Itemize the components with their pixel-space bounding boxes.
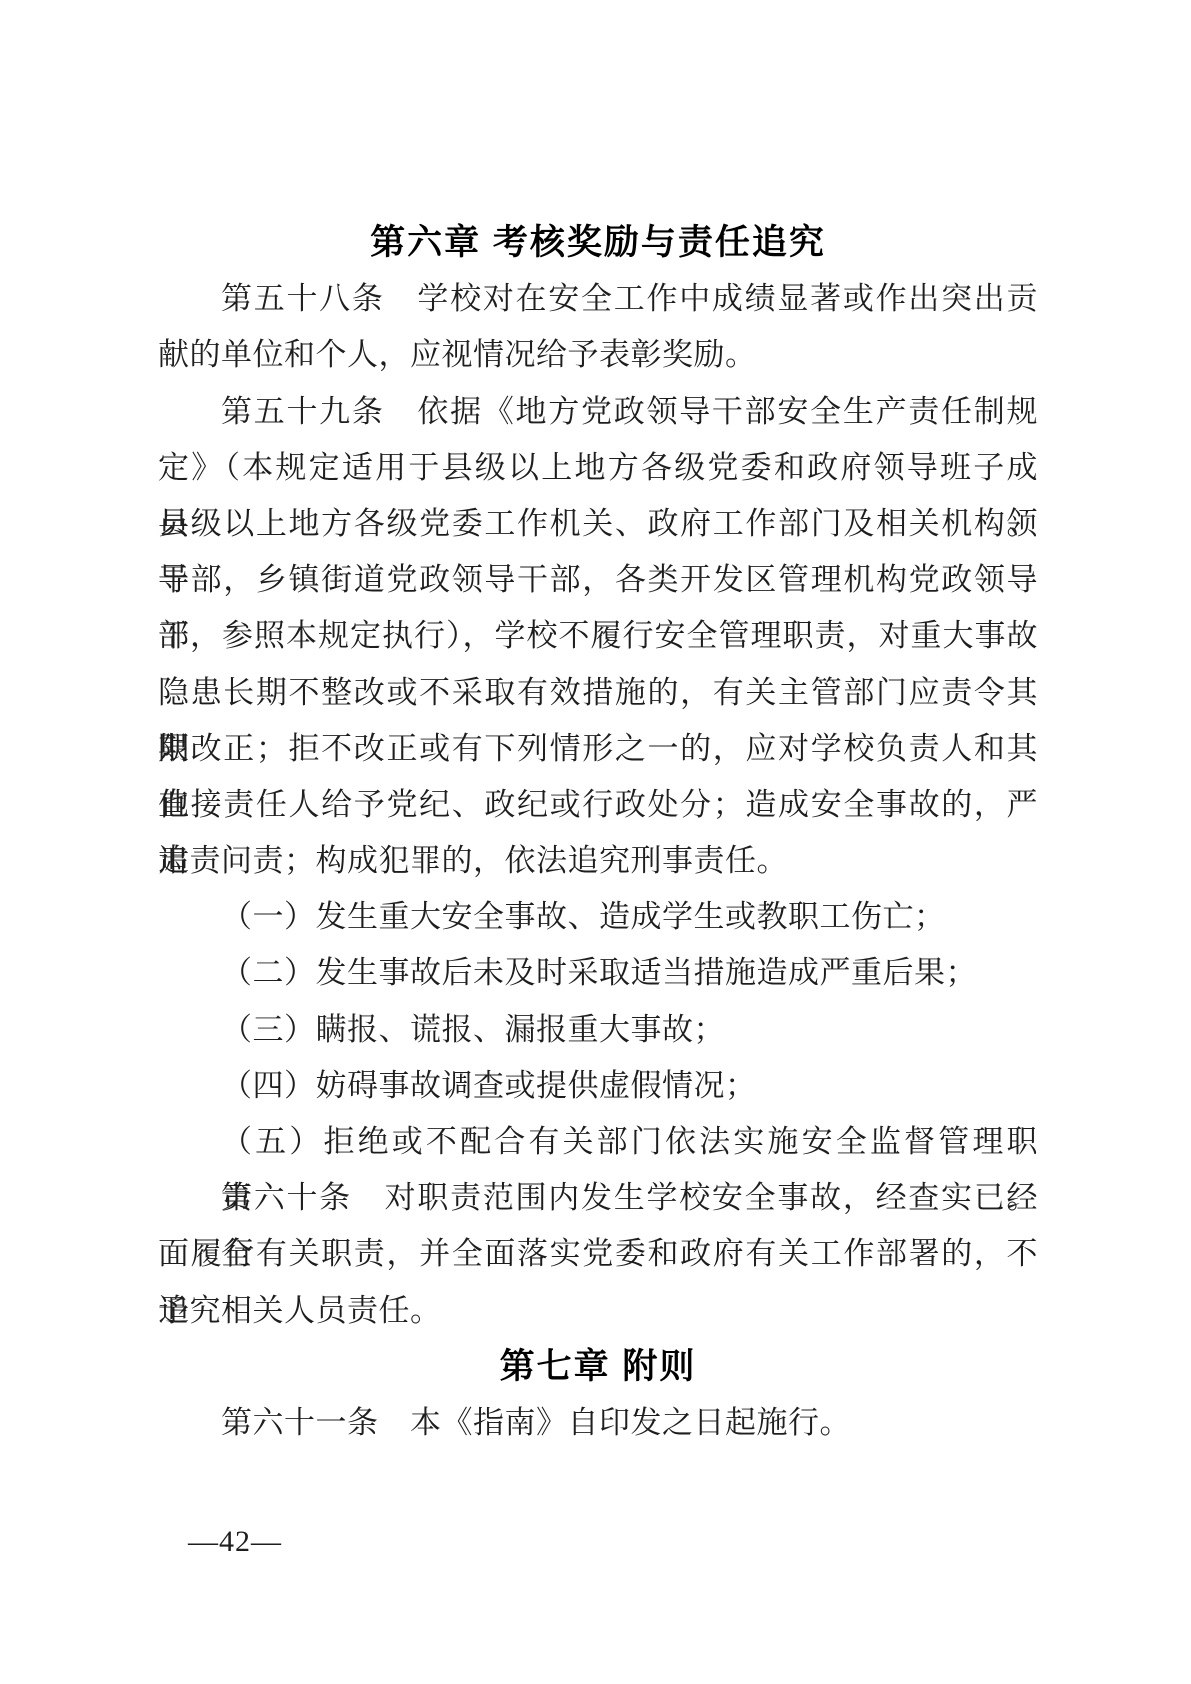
article-58-line-2: 献的单位和个人，应视情况给予表彰奖励。 xyxy=(158,327,1038,383)
article-59-line-3: 县级以上地方各级党委工作机关、政府工作部门及相关机构领导 xyxy=(158,496,1038,552)
article-60-line-1: 第六十条 对职责范围内发生学校安全事故，经查实已经全 xyxy=(158,1170,1038,1226)
article-60-line-3: 追究相关人员责任。 xyxy=(158,1283,1038,1339)
article-59-line-7: 期改正；拒不改正或有下列情形之一的，应对学校负责人和其他 xyxy=(158,721,1038,777)
article-59-item-4: （四）妨碍事故调查或提供虚假情况； xyxy=(158,1058,1038,1114)
chapter-7-heading: 第七章 附则 xyxy=(158,1339,1038,1395)
article-58-line-1: 第五十八条 学校对在安全工作中成绩显著或作出突出贡 xyxy=(158,271,1038,327)
document-body: 第六章 考核奖励与责任追究 第五十八条 学校对在安全工作中成绩显著或作出突出贡 … xyxy=(158,215,1038,1451)
article-59-line-6: 隐患长期不整改或不采取有效措施的，有关主管部门应责令其限 xyxy=(158,665,1038,721)
document-page: 第六章 考核奖励与责任追究 第五十八条 学校对在安全工作中成绩显著或作出突出贡 … xyxy=(0,0,1191,1684)
chapter-6-heading: 第六章 考核奖励与责任追究 xyxy=(158,215,1038,271)
article-59-item-2: （二）发生事故后未及时采取适当措施造成严重后果； xyxy=(158,945,1038,1001)
article-59-line-1: 第五十九条 依据《地方党政领导干部安全生产责任制规 xyxy=(158,384,1038,440)
article-59-line-5: 部，参照本规定执行），学校不履行安全管理职责，对重大事故 xyxy=(158,608,1038,664)
article-59-item-1: （一）发生重大安全事故、造成学生或教职工伤亡； xyxy=(158,889,1038,945)
article-59-line-9: 追责问责；构成犯罪的，依法追究刑事责任。 xyxy=(158,833,1038,889)
article-60-line-2: 面履行有关职责，并全面落实党委和政府有关工作部署的，不予 xyxy=(158,1226,1038,1282)
article-59-item-5: （五）拒绝或不配合有关部门依法实施安全监督管理职责。 xyxy=(158,1114,1038,1170)
article-61-line-1: 第六十一条 本《指南》自印发之日起施行。 xyxy=(158,1395,1038,1451)
article-59-item-3: （三）瞒报、谎报、漏报重大事故； xyxy=(158,1002,1038,1058)
page-number: —42— xyxy=(188,1524,282,1560)
article-59-line-8: 直接责任人给予党纪、政纪或行政处分；造成安全事故的，严肃 xyxy=(158,777,1038,833)
article-59-line-2: 定》（本规定适用于县级以上地方各级党委和政府领导班子成员。 xyxy=(158,440,1038,496)
article-59-line-4: 干部，乡镇街道党政领导干部，各类开发区管理机构党政领导干 xyxy=(158,552,1038,608)
